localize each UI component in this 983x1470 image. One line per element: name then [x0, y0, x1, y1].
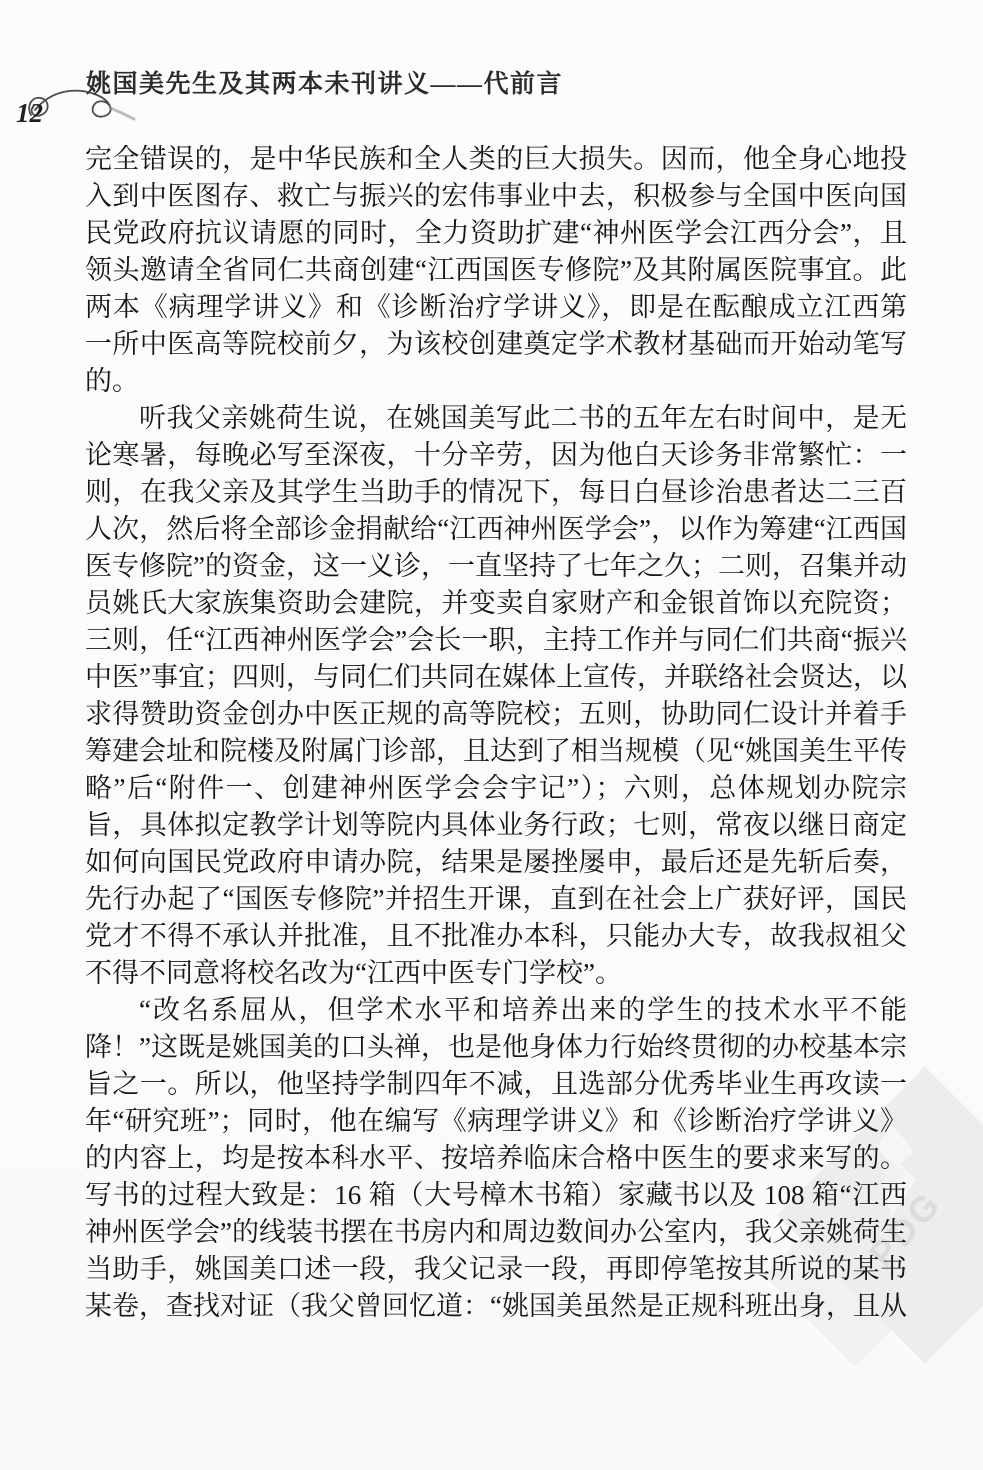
running-header: 姚国美先生及其两本未刊讲义——代前言	[86, 64, 563, 100]
page-number: 12	[16, 98, 43, 129]
body-paragraph: 完全错误的，是中华民族和全人类的巨大损失。因而，他全身心地投入到中医图存、救亡与…	[85, 141, 907, 400]
body-paragraph: “改名系屈从，但学术水平和培养出来的学生的技术水平不能降！”这既是姚国美的口头禅…	[85, 992, 907, 1325]
page-body: 完全错误的，是中华民族和全人类的巨大损失。因而，他全身心地投入到中医图存、救亡与…	[85, 141, 907, 1325]
body-paragraph: 听我父亲姚荷生说，在姚国美写此二书的五年左右时间中，是无论寒暑，每晚必写至深夜，…	[85, 400, 907, 992]
book-page: PDG 姚国美先生及其两本未刊讲义——代前言 12 完全错误的，是中华民族和全人…	[0, 0, 983, 1470]
